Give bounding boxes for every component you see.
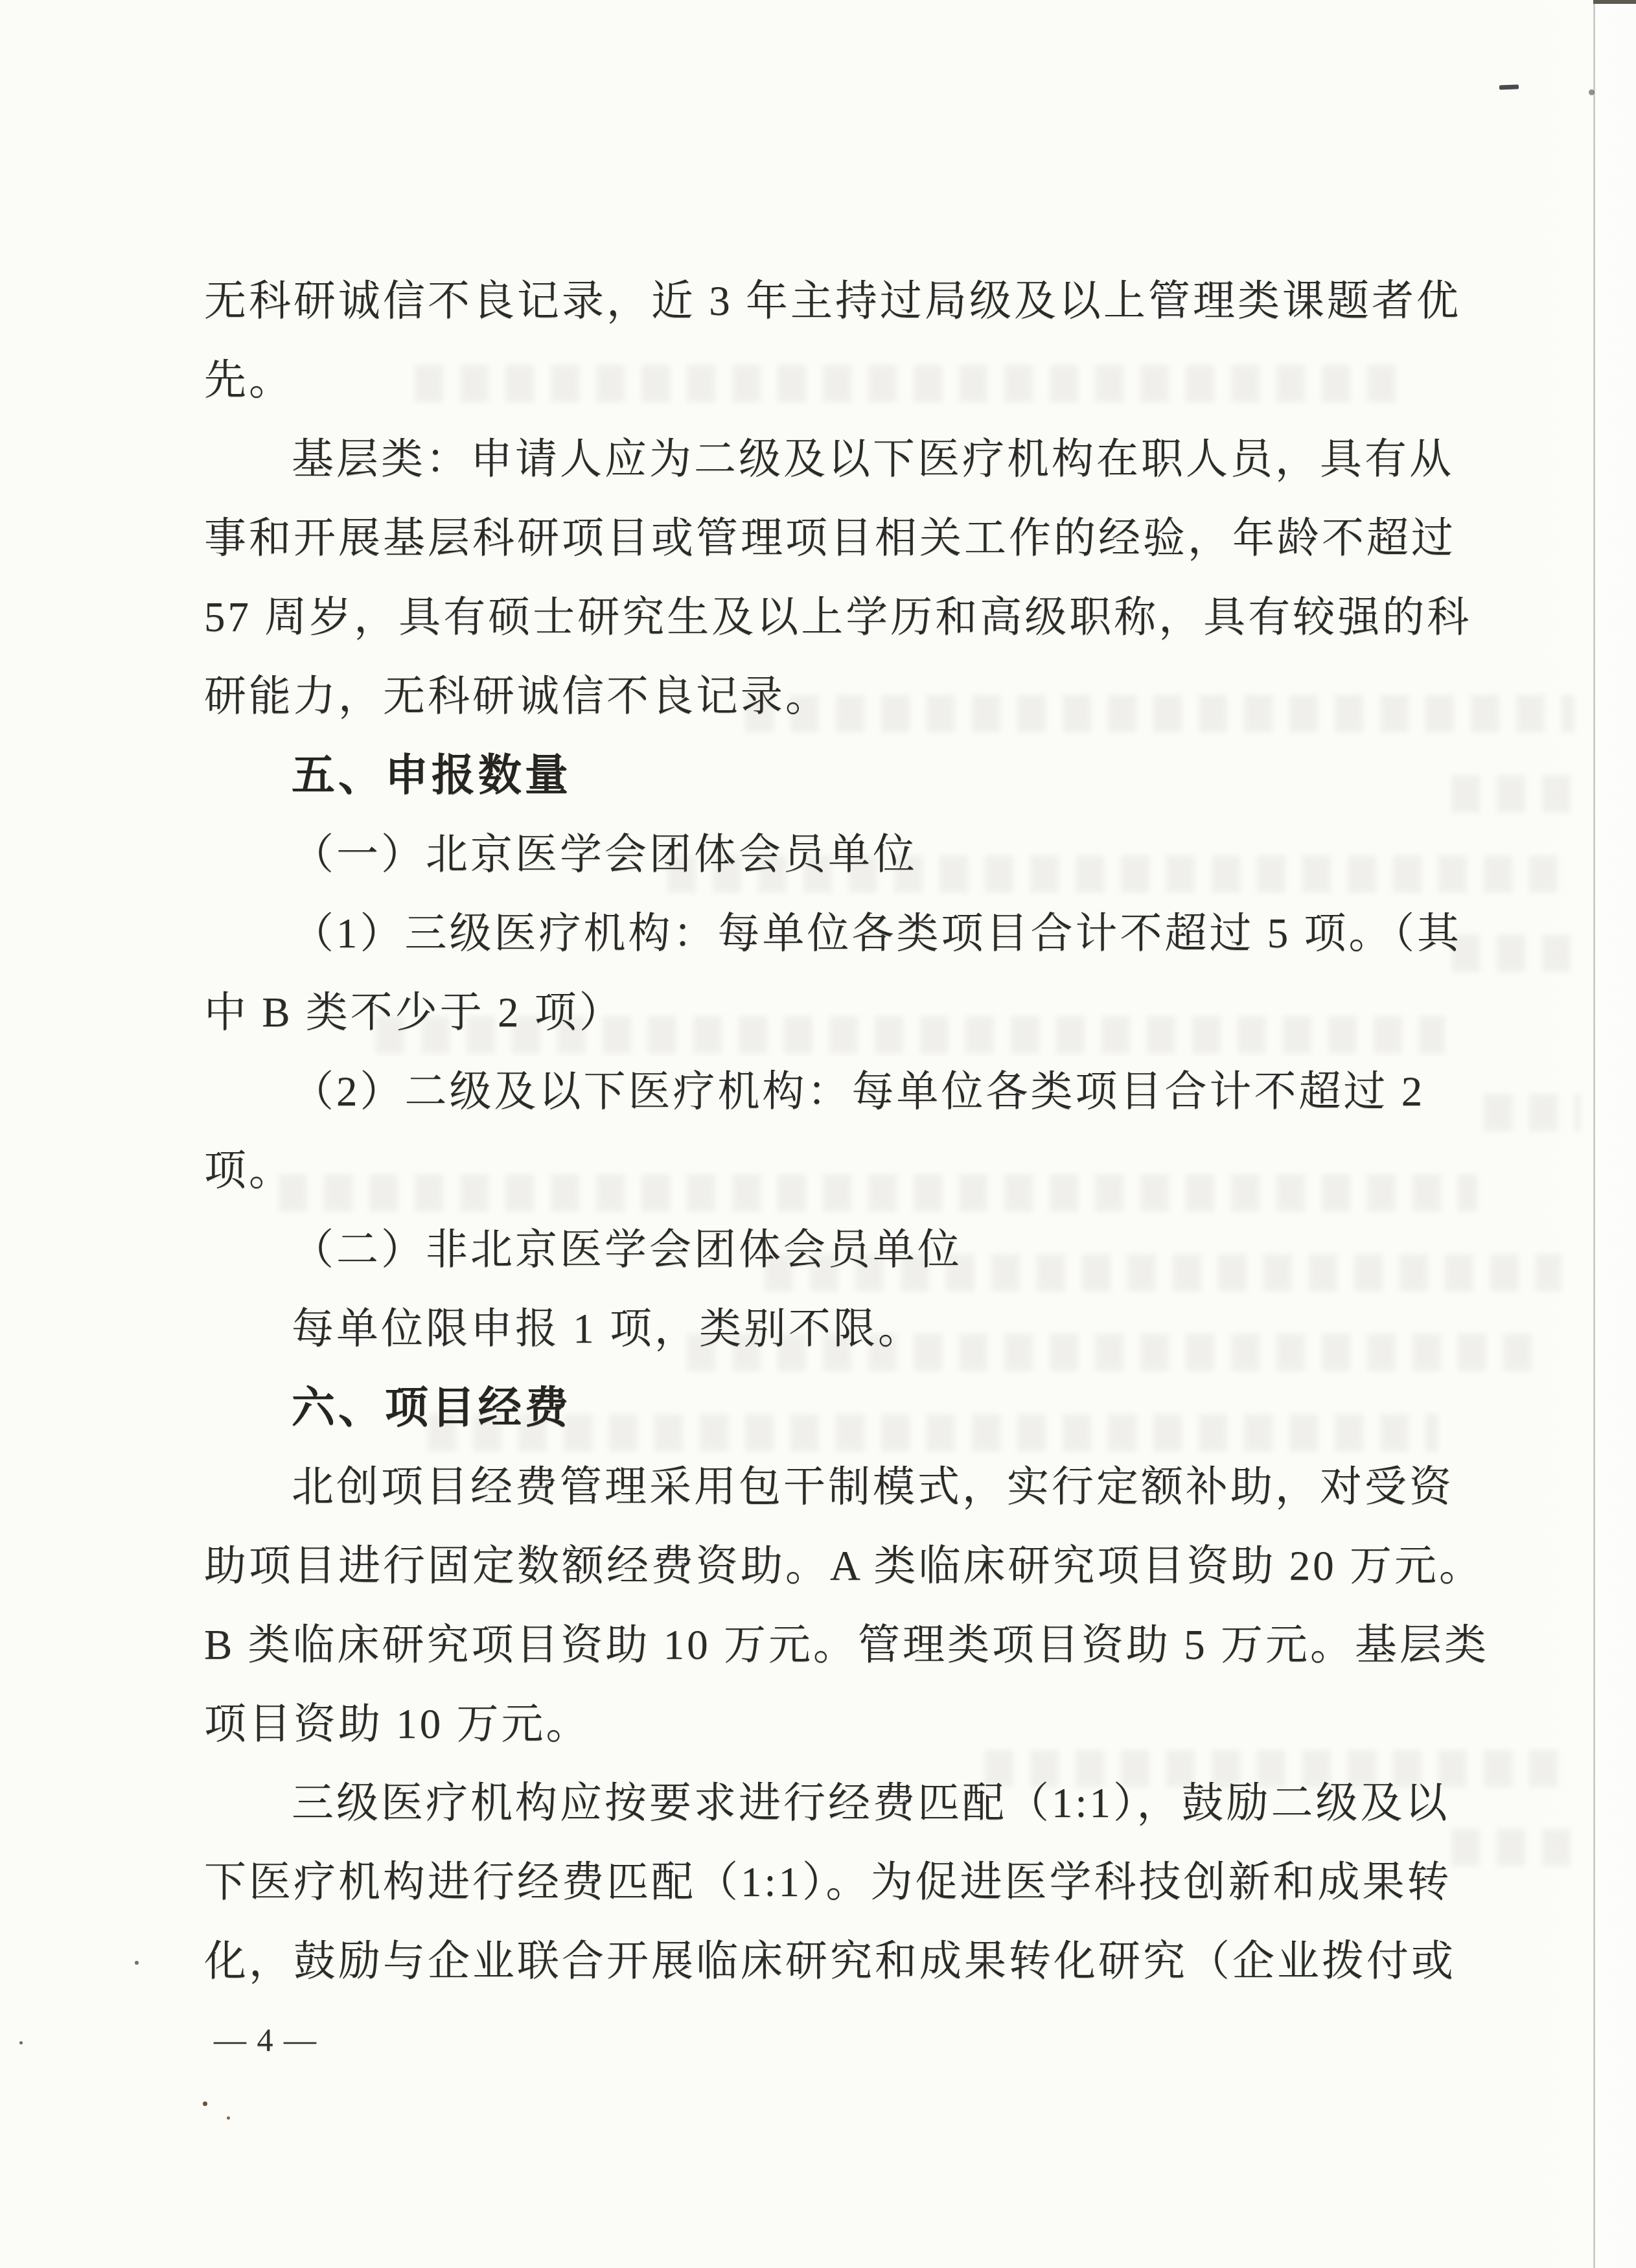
page-edge-line — [1593, 0, 1595, 2268]
text-line: （2）二级及以下医疗机构：每单位各类项目合计不超过 2 — [204, 1052, 1500, 1131]
scan-tick-artifact — [1589, 89, 1595, 95]
scan-dash-artifact — [1499, 84, 1519, 89]
paper-speck — [19, 2041, 23, 2044]
text-line: B 类临床研究项目资助 10 万元。管理类项目资助 5 万元。基层类 — [204, 1606, 1500, 1685]
text-line: （1）三级医疗机构：每单位各类项目合计不超过 5 项。（其 — [204, 894, 1500, 973]
text-line: 项。 — [204, 1131, 1500, 1210]
text-line: 助项目进行固定数额经费资助。A 类临床研究项目资助 20 万元。 — [204, 1527, 1500, 1606]
subsection-heading-2: （二）非北京医学会团体会员单位 — [204, 1210, 1500, 1290]
text-line: 北创项目经费管理采用包干制模式，实行定额补助，对受资 — [204, 1448, 1500, 1527]
text-line: 三级医疗机构应按要求进行经费匹配（1:1），鼓励二级及以 — [204, 1764, 1500, 1843]
text-line: 先。 — [204, 341, 1500, 420]
section-heading-five: 五、申报数量 — [204, 736, 1500, 815]
text-line: 57 周岁，具有硕士研究生及以上学历和高级职称，具有较强的科 — [204, 578, 1500, 657]
paper-speck — [135, 1961, 139, 1965]
text-line: 每单位限申报 1 项，类别不限。 — [204, 1290, 1500, 1369]
scan-corner-artifact — [1593, 0, 1636, 4]
text-line: 基层类：申请人应为二级及以下医疗机构在职人员，具有从 — [204, 420, 1500, 499]
subsection-heading-1: （一）北京医学会团体会员单位 — [204, 815, 1500, 894]
text-line: 项目资助 10 万元。 — [204, 1685, 1500, 1764]
section-heading-six: 六、项目经费 — [204, 1369, 1500, 1448]
text-line: 无科研诚信不良记录，近 3 年主持过局级及以上管理类课题者优 — [204, 262, 1500, 341]
text-line: 事和开展基层科研项目或管理项目相关工作的经验，年龄不超过 — [204, 499, 1500, 578]
text-line: 下医疗机构进行经费匹配（1:1）。为促进医学科技创新和成果转 — [204, 1843, 1500, 1922]
scanned-document-page: 无科研诚信不良记录，近 3 年主持过局级及以上管理类课题者优 先。 基层类：申请… — [0, 0, 1636, 2268]
text-line: 中 B 类不少于 2 项） — [204, 973, 1500, 1052]
paper-speck — [203, 2101, 207, 2106]
text-line: 研能力，无科研诚信不良记录。 — [204, 657, 1500, 736]
text-line: 化，鼓励与企业联合开展临床研究和成果转化研究（企业拨付或 — [204, 1922, 1500, 2001]
page-number: — 4 — — [214, 2020, 317, 2059]
document-body: 无科研诚信不良记录，近 3 年主持过局级及以上管理类课题者优 先。 基层类：申请… — [204, 262, 1500, 2001]
paper-speck — [227, 2116, 230, 2120]
